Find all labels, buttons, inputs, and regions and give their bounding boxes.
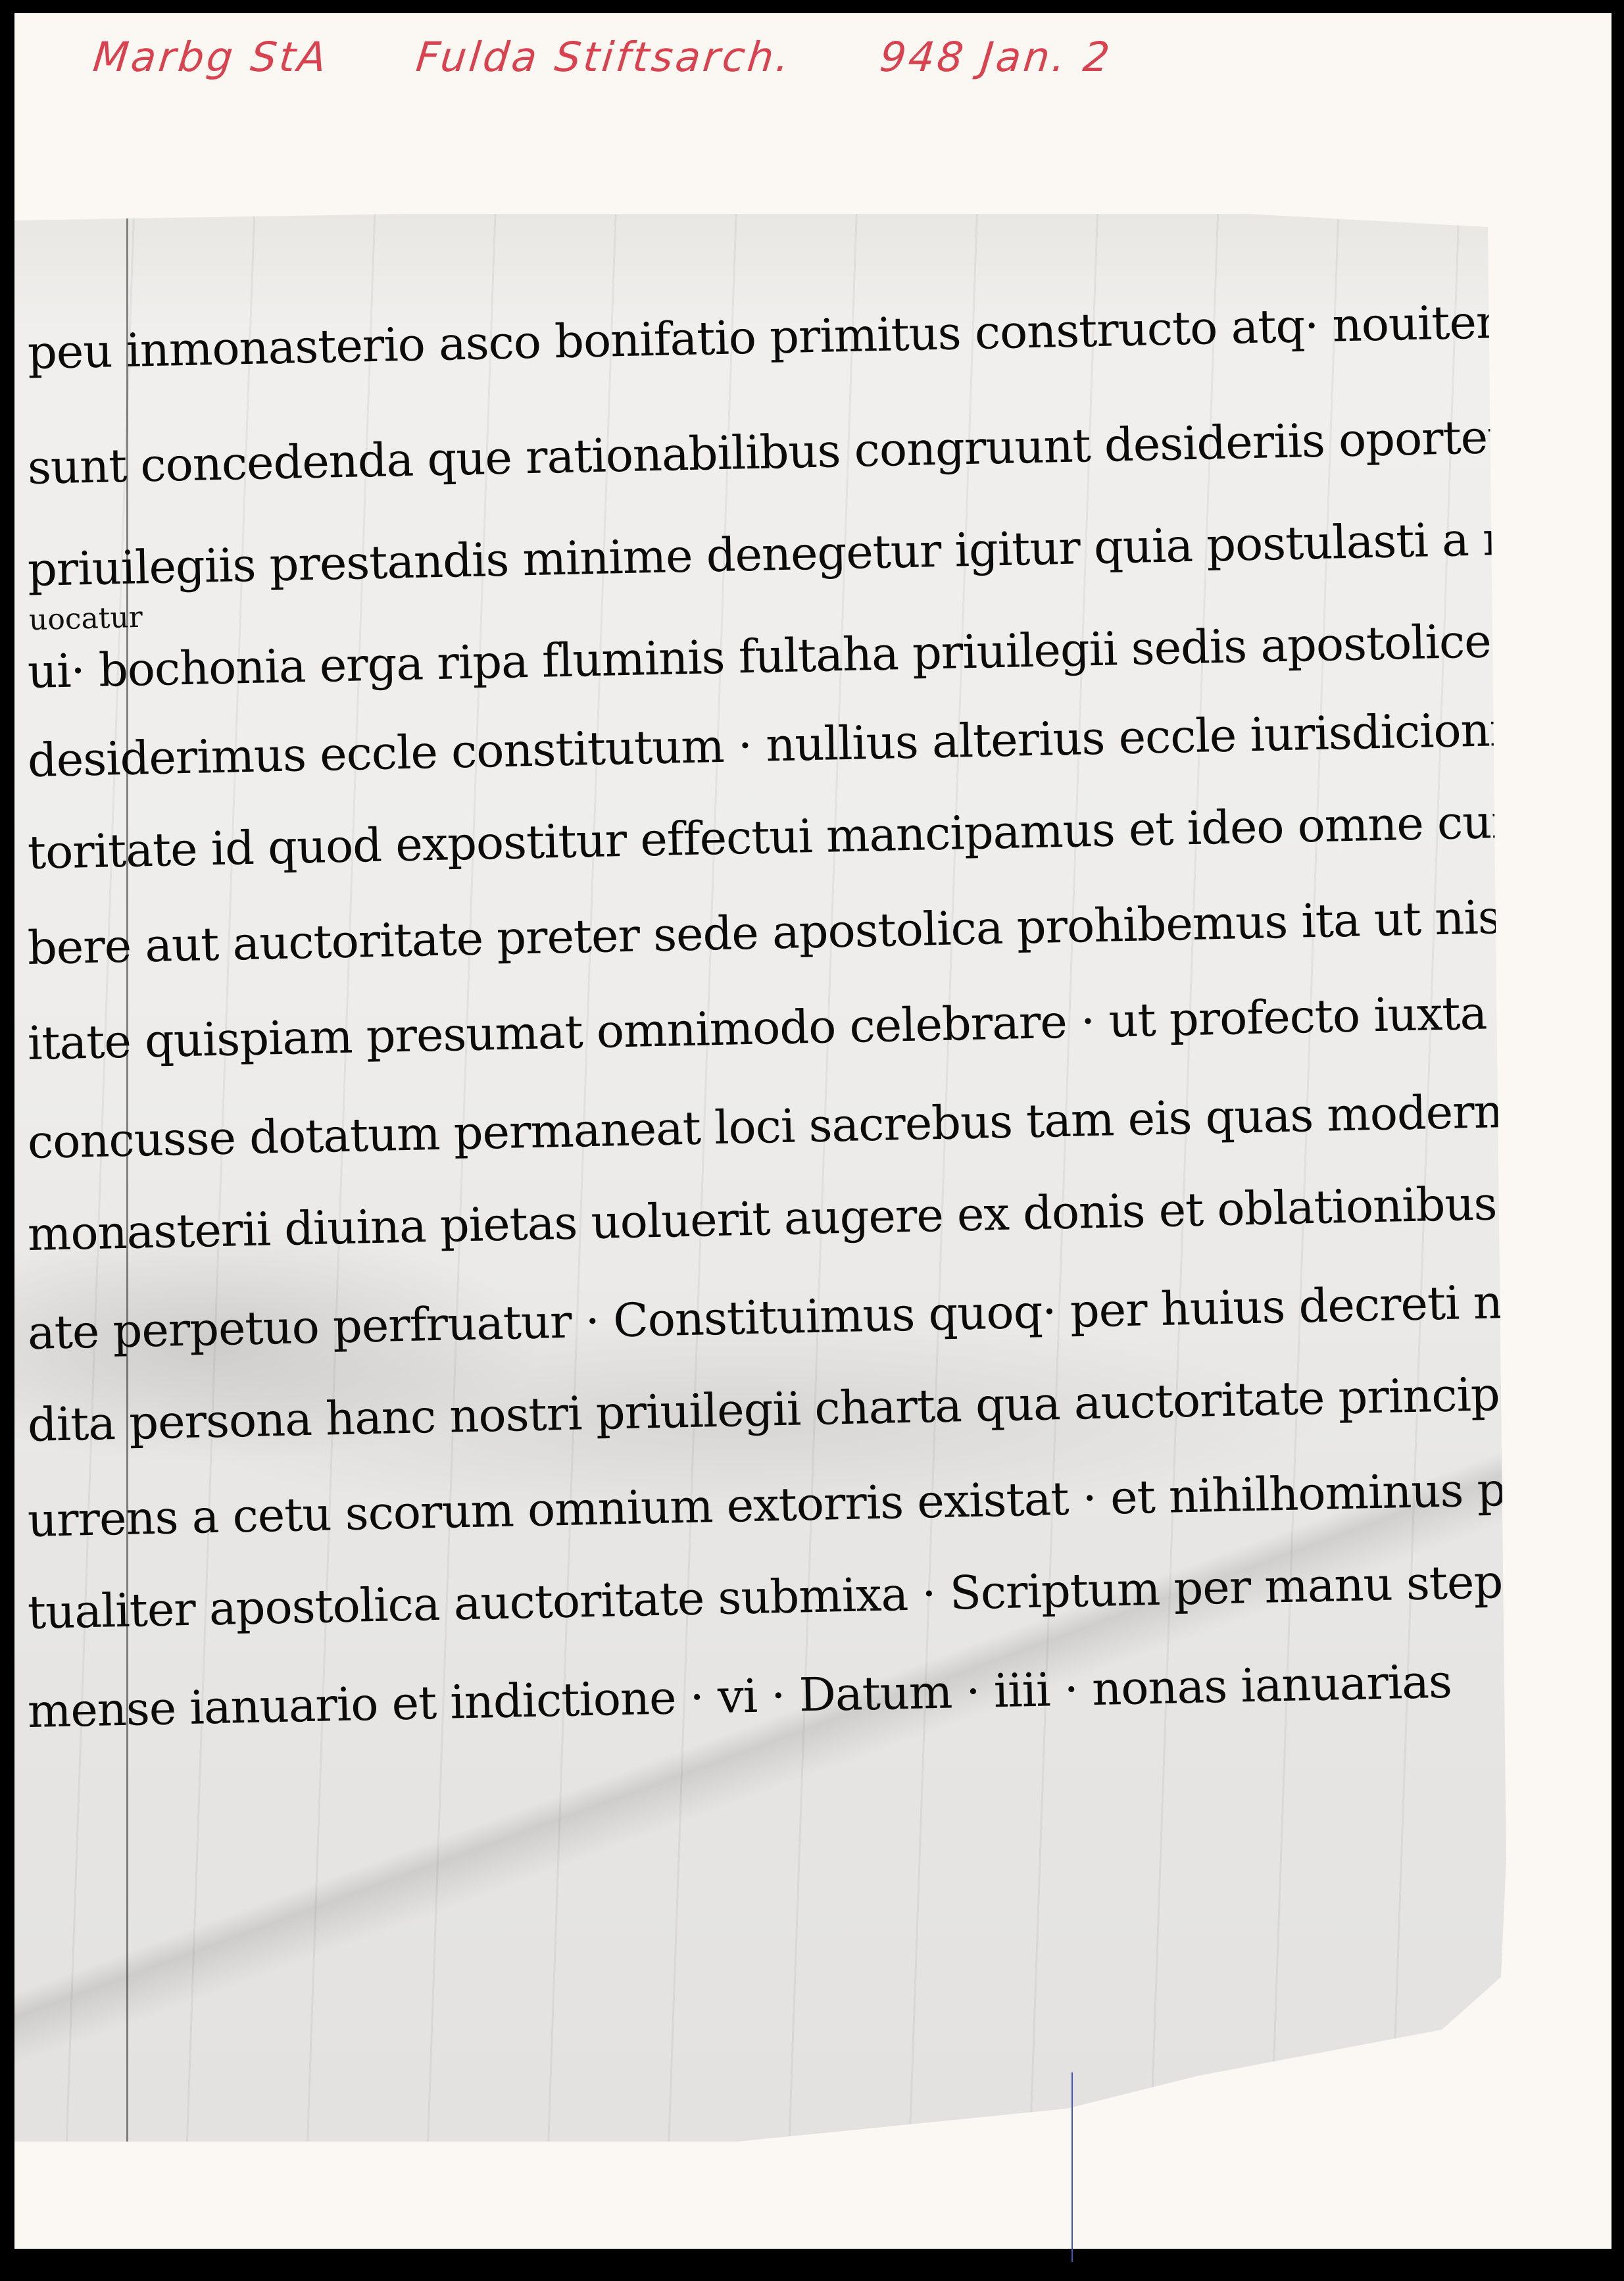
interlinear-gloss: uocatur	[28, 601, 143, 638]
manuscript-line: desiderimus eccle constitutum · nullius …	[27, 699, 1624, 788]
manuscript-line: concusse dotatum permaneat loci sacrebus…	[27, 1080, 1624, 1169]
archive-name: Marbg StA	[91, 33, 331, 81]
manuscript-line: urrens a cetu scorum omnium extorris exi…	[27, 1458, 1624, 1547]
fond-name: Fulda Stiftsarch.	[414, 33, 794, 81]
document-date: 948 Jan. 2	[877, 33, 1114, 81]
manuscript-line: dita persona hanc nostri priuilegii char…	[27, 1364, 1624, 1452]
manuscript-line: tualiter apostolica auctoritate submixa …	[27, 1553, 1602, 1640]
manuscript-line: toritate id quod expostitur effectui man…	[27, 791, 1624, 880]
manuscript-line: ate perpetuo perfruatur · Constituimus q…	[27, 1269, 1624, 1360]
photo-backing: Marbg StA Fulda Stiftsarch. 948 Jan. 2 p…	[14, 13, 1612, 2249]
manuscript-line: ui· bochonia erga ripa fluminis fultaha …	[27, 614, 1491, 699]
manuscript-line: peu inmonasterio asco bonifatio primitus…	[27, 295, 1498, 380]
archival-label: Marbg StA Fulda Stiftsarch. 948 Jan. 2	[93, 33, 1146, 112]
manuscript-line: monasterii diuina pietas uoluerit augere…	[27, 1176, 1497, 1261]
stray-blue-line	[1071, 2072, 1073, 2262]
manuscript-line: mense ianuario et indictione · vi · Datu…	[27, 1655, 1452, 1738]
manuscript-line: itate quispiam presumat omnimodo celebra…	[27, 982, 1624, 1070]
charter-text: peu inmonasterio asco bonifatio primitus…	[14, 214, 1506, 2142]
manuscript-line: bere aut auctoritate preter sede apostol…	[27, 887, 1624, 975]
manuscript-line: sunt concedenda que rationabilibus congr…	[27, 410, 1506, 495]
manuscript-line: priuilegiis prestandis minime denegetur …	[27, 511, 1568, 597]
charter-parchment: peu inmonasterio asco bonifatio primitus…	[14, 214, 1509, 2142]
